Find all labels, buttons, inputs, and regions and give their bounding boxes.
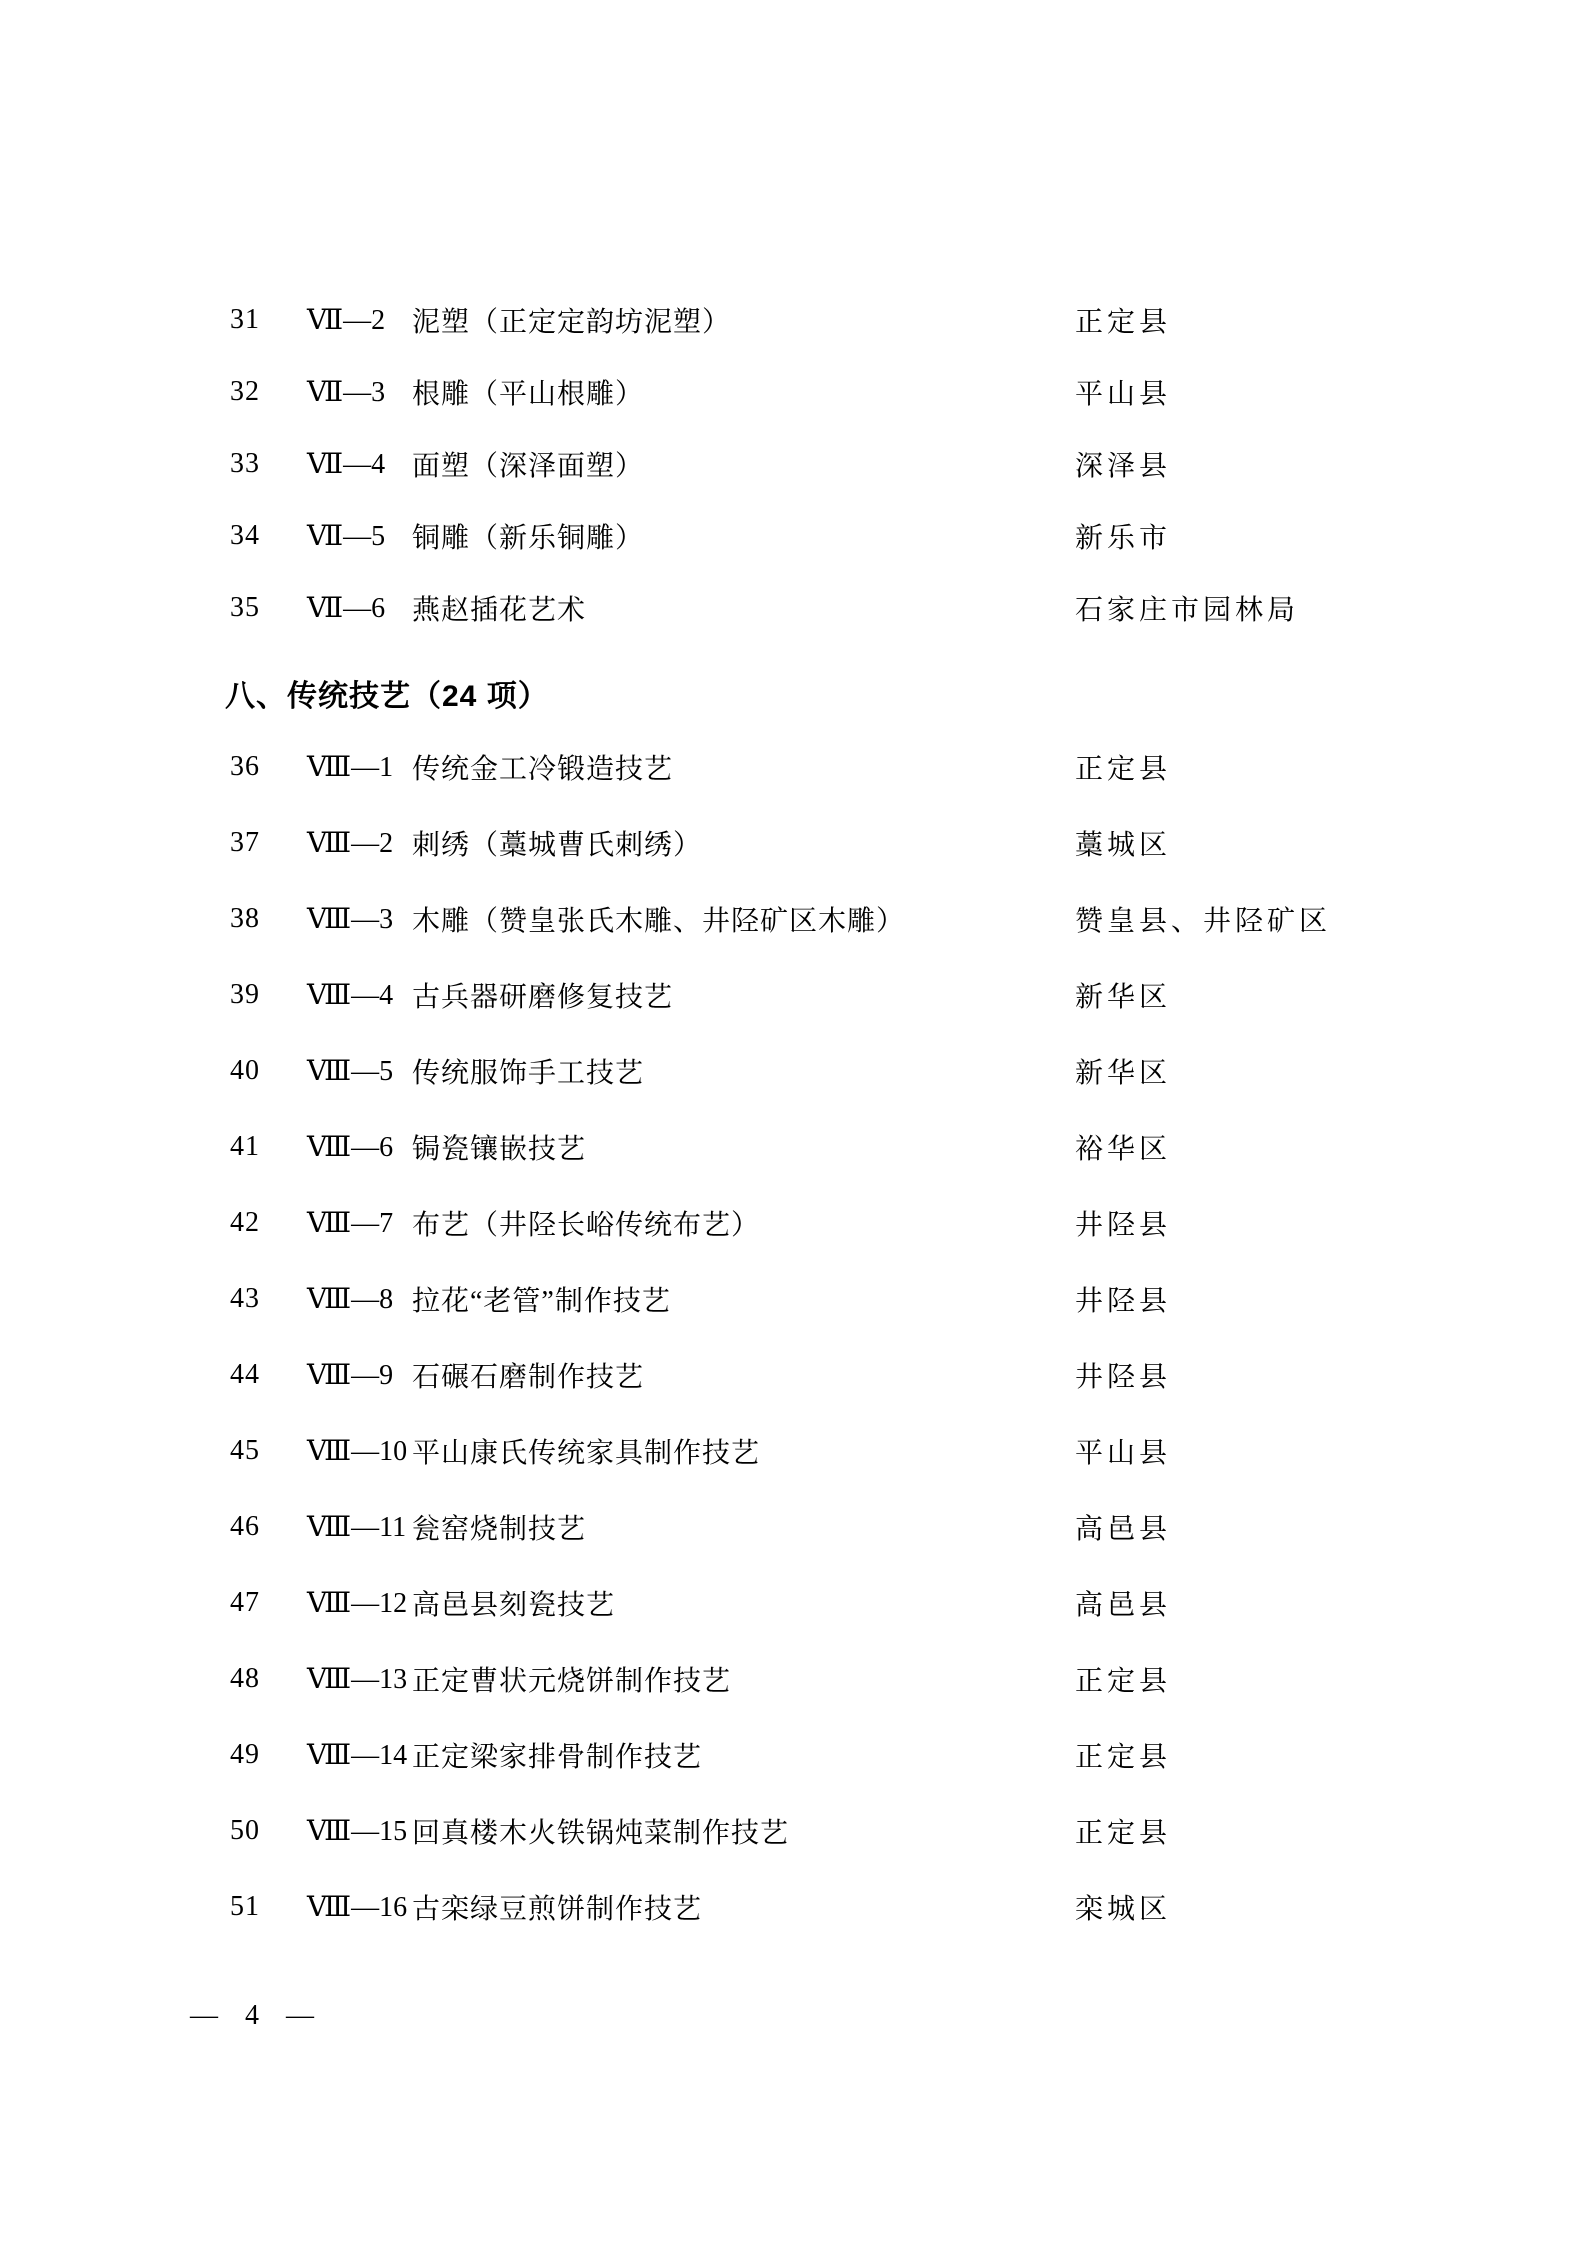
row-name: 平山康氏传统家具制作技艺 <box>412 1431 1075 1471</box>
row-location: 井陉县 <box>1075 1203 1587 1243</box>
row-code: Ⅷ—14 <box>307 1738 412 1772</box>
table-row: 46 Ⅷ—11 瓮窑烧制技艺 高邑县 <box>0 1489 1587 1565</box>
row-name: 锔瓷镶嵌技艺 <box>412 1127 1075 1167</box>
row-name: 古栾绿豆煎饼制作技艺 <box>412 1887 1075 1927</box>
row-name: 泥塑（正定定韵坊泥塑） <box>412 300 1075 340</box>
row-name: 回真楼木火铁锅炖菜制作技艺 <box>412 1811 1075 1851</box>
row-code: Ⅶ—3 <box>307 375 412 409</box>
table-row: 47 Ⅷ—12 高邑县刻瓷技艺 高邑县 <box>0 1565 1587 1641</box>
row-name: 木雕（赞皇张氏木雕、井陉矿区木雕） <box>412 899 1075 939</box>
row-code: Ⅶ—2 <box>307 303 412 337</box>
row-name: 正定梁家排骨制作技艺 <box>412 1735 1075 1775</box>
row-number: 41 <box>230 1131 307 1163</box>
row-number: 31 <box>230 304 307 336</box>
row-number: 34 <box>230 520 307 552</box>
row-name: 布艺（井陉长峪传统布艺） <box>412 1203 1075 1243</box>
row-number: 38 <box>230 903 307 935</box>
row-location: 裕华区 <box>1075 1127 1587 1167</box>
row-code: Ⅷ—2 <box>307 826 412 860</box>
table-row: 45 Ⅷ—10 平山康氏传统家具制作技艺 平山县 <box>0 1413 1587 1489</box>
row-code: Ⅷ—7 <box>307 1206 412 1240</box>
row-location: 赞皇县、井陉矿区 <box>1075 899 1587 939</box>
row-code: Ⅶ—5 <box>307 519 412 553</box>
row-name: 根雕（平山根雕） <box>412 372 1075 412</box>
row-name: 拉花“老管”制作技艺 <box>412 1279 1075 1319</box>
row-code: Ⅷ—8 <box>307 1282 412 1316</box>
row-name: 正定曹状元烧饼制作技艺 <box>412 1659 1075 1699</box>
row-location: 平山县 <box>1075 372 1587 412</box>
row-code: Ⅷ—12 <box>307 1586 412 1620</box>
row-number: 49 <box>230 1739 307 1771</box>
row-number: 51 <box>230 1891 307 1923</box>
row-code: Ⅷ—15 <box>307 1814 412 1848</box>
table-row: 49 Ⅷ—14 正定梁家排骨制作技艺 正定县 <box>0 1717 1587 1793</box>
table-row: 51 Ⅷ—16 古栾绿豆煎饼制作技艺 栾城区 <box>0 1869 1587 1945</box>
table-row: 34 Ⅶ—5 铜雕（新乐铜雕） 新乐市 <box>0 500 1587 572</box>
row-number: 47 <box>230 1587 307 1619</box>
row-number: 45 <box>230 1435 307 1467</box>
table-row: 50 Ⅷ—15 回真楼木火铁锅炖菜制作技艺 正定县 <box>0 1793 1587 1869</box>
row-location: 正定县 <box>1075 747 1587 787</box>
table-row: 40 Ⅷ—5 传统服饰手工技艺 新华区 <box>0 1033 1587 1109</box>
row-location: 高邑县 <box>1075 1583 1587 1623</box>
row-name: 古兵器研磨修复技艺 <box>412 975 1075 1015</box>
row-name: 铜雕（新乐铜雕） <box>412 516 1075 556</box>
table-row: 33 Ⅶ—4 面塑（深泽面塑） 深泽县 <box>0 428 1587 500</box>
row-location: 栾城区 <box>1075 1887 1587 1927</box>
table-row: 31 Ⅶ—2 泥塑（正定定韵坊泥塑） 正定县 <box>0 284 1587 356</box>
row-number: 46 <box>230 1511 307 1543</box>
row-code: Ⅷ—3 <box>307 902 412 936</box>
row-code: Ⅷ—16 <box>307 1890 412 1924</box>
row-code: Ⅷ—1 <box>307 750 412 784</box>
document-page: 31 Ⅶ—2 泥塑（正定定韵坊泥塑） 正定县 32 Ⅶ—3 根雕（平山根雕） 平… <box>0 0 1587 2245</box>
row-location: 正定县 <box>1075 1735 1587 1775</box>
row-code: Ⅷ—5 <box>307 1054 412 1088</box>
row-location: 正定县 <box>1075 300 1587 340</box>
row-code: Ⅷ—10 <box>307 1434 412 1468</box>
table-row: 37 Ⅷ—2 刺绣（藁城曹氏刺绣） 藁城区 <box>0 805 1587 881</box>
row-location: 新华区 <box>1075 975 1587 1015</box>
heritage-list: 31 Ⅶ—2 泥塑（正定定韵坊泥塑） 正定县 32 Ⅶ—3 根雕（平山根雕） 平… <box>0 0 1587 1945</box>
row-name: 高邑县刻瓷技艺 <box>412 1583 1075 1623</box>
row-name: 瓮窑烧制技艺 <box>412 1507 1075 1547</box>
row-location: 正定县 <box>1075 1811 1587 1851</box>
row-name: 传统金工冷锻造技艺 <box>412 747 1075 787</box>
row-number: 36 <box>230 751 307 783</box>
row-location: 高邑县 <box>1075 1507 1587 1547</box>
row-number: 32 <box>230 376 307 408</box>
row-code: Ⅷ—4 <box>307 978 412 1012</box>
row-name: 石碾石磨制作技艺 <box>412 1355 1075 1395</box>
row-location: 深泽县 <box>1075 444 1587 484</box>
row-code: Ⅶ—4 <box>307 447 412 481</box>
row-location: 石家庄市园林局 <box>1075 588 1587 628</box>
row-number: 48 <box>230 1663 307 1695</box>
row-location: 正定县 <box>1075 1659 1587 1699</box>
row-number: 44 <box>230 1359 307 1391</box>
row-number: 42 <box>230 1207 307 1239</box>
table-row: 43 Ⅷ—8 拉花“老管”制作技艺 井陉县 <box>0 1261 1587 1337</box>
row-code: Ⅷ—6 <box>307 1130 412 1164</box>
row-location: 藁城区 <box>1075 823 1587 863</box>
table-row: 44 Ⅷ—9 石碾石磨制作技艺 井陉县 <box>0 1337 1587 1413</box>
row-code: Ⅷ—9 <box>307 1358 412 1392</box>
table-row: 39 Ⅷ—4 古兵器研磨修复技艺 新华区 <box>0 957 1587 1033</box>
row-location: 新乐市 <box>1075 516 1587 556</box>
table-row: 38 Ⅷ—3 木雕（赞皇张氏木雕、井陉矿区木雕） 赞皇县、井陉矿区 <box>0 881 1587 957</box>
table-row: 48 Ⅷ—13 正定曹状元烧饼制作技艺 正定县 <box>0 1641 1587 1717</box>
row-code: Ⅷ—13 <box>307 1662 412 1696</box>
row-number: 43 <box>230 1283 307 1315</box>
row-location: 井陉县 <box>1075 1279 1587 1319</box>
row-name: 燕赵插花艺术 <box>412 588 1075 628</box>
table-row: 36 Ⅷ—1 传统金工冷锻造技艺 正定县 <box>0 729 1587 805</box>
row-number: 50 <box>230 1815 307 1847</box>
row-number: 35 <box>230 592 307 624</box>
section-viii-rows: 36 Ⅷ—1 传统金工冷锻造技艺 正定县 37 Ⅷ—2 刺绣（藁城曹氏刺绣） 藁… <box>0 729 1587 1945</box>
section-header: 八、传统技艺（24 项） <box>225 657 1587 729</box>
table-row: 35 Ⅶ—6 燕赵插花艺术 石家庄市园林局 <box>0 572 1587 644</box>
row-code: Ⅷ—11 <box>307 1510 412 1544</box>
row-number: 37 <box>230 827 307 859</box>
page-number: — 4 — <box>190 2000 324 2032</box>
row-number: 39 <box>230 979 307 1011</box>
section-vii-rows: 31 Ⅶ—2 泥塑（正定定韵坊泥塑） 正定县 32 Ⅶ—3 根雕（平山根雕） 平… <box>0 284 1587 644</box>
row-location: 平山县 <box>1075 1431 1587 1471</box>
table-row: 42 Ⅷ—7 布艺（井陉长峪传统布艺） 井陉县 <box>0 1185 1587 1261</box>
row-number: 40 <box>230 1055 307 1087</box>
table-row: 41 Ⅷ—6 锔瓷镶嵌技艺 裕华区 <box>0 1109 1587 1185</box>
table-row: 32 Ⅶ—3 根雕（平山根雕） 平山县 <box>0 356 1587 428</box>
row-name: 传统服饰手工技艺 <box>412 1051 1075 1091</box>
row-location: 井陉县 <box>1075 1355 1587 1395</box>
row-number: 33 <box>230 448 307 480</box>
row-name: 刺绣（藁城曹氏刺绣） <box>412 823 1075 863</box>
row-name: 面塑（深泽面塑） <box>412 444 1075 484</box>
row-code: Ⅶ—6 <box>307 591 412 625</box>
row-location: 新华区 <box>1075 1051 1587 1091</box>
